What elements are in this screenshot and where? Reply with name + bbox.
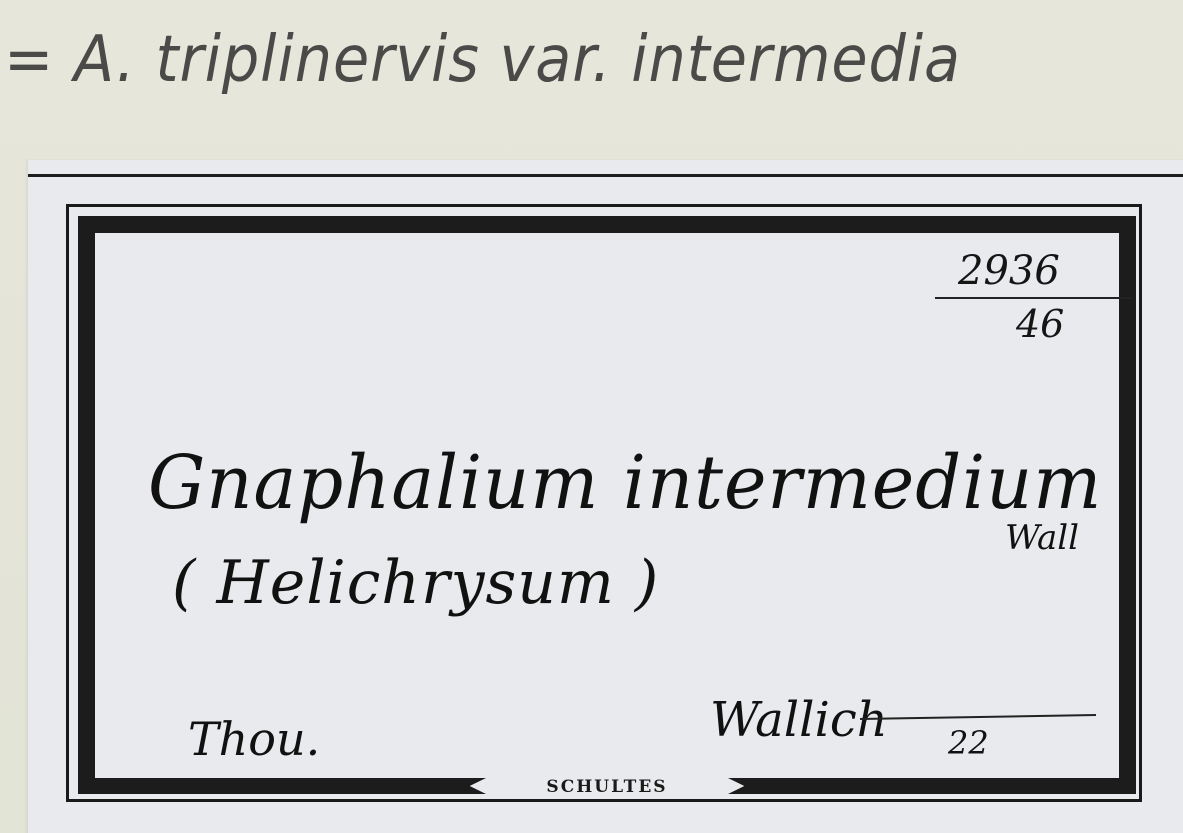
fraction-rule — [935, 297, 1133, 299]
label-top-rule — [28, 174, 1183, 177]
taxon-author: Wall — [1005, 518, 1079, 558]
synonym-genus: ( Helichrysum ) — [172, 548, 659, 618]
accession-number: 2936 — [958, 248, 1060, 294]
source-number: 22 — [948, 724, 989, 762]
pencil-determination-annotation: = A. triplinervis var. intermedia — [4, 28, 961, 92]
herbarium-mount-sheet: = A. triplinervis var. intermedia SCHULT… — [0, 0, 1183, 833]
label-bottom-band: SCHULTES — [78, 778, 1136, 794]
printer-mark: SCHULTES — [78, 777, 1136, 797]
sub-number: 46 — [1016, 302, 1064, 346]
taxon-name: Gnaphalium intermedium — [148, 440, 1102, 526]
locality-abbreviation: Thou. — [188, 712, 320, 766]
